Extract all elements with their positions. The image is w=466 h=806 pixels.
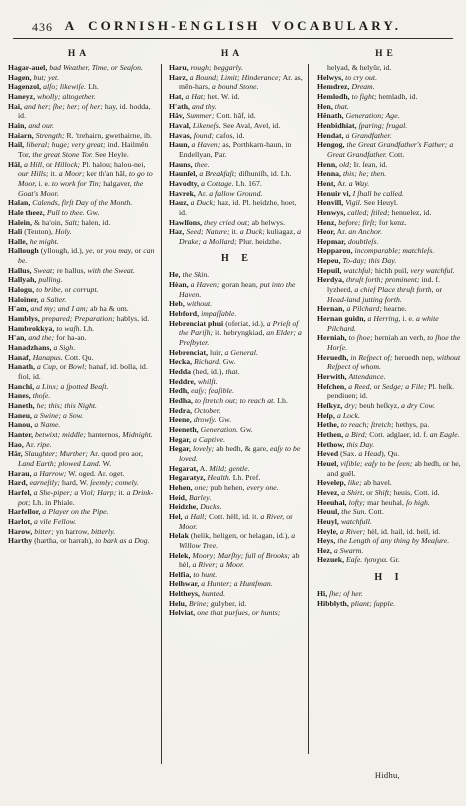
dictionary-entry: Hedra, October. — [169, 406, 305, 416]
gloss-italic: liberal; huge; very great; — [24, 140, 105, 149]
gloss-roman: luir, — [208, 348, 223, 357]
gloss-italic: a Herring, — [366, 314, 401, 323]
gloss-italic: a vile Fellow. — [32, 517, 76, 526]
gloss-italic: Ducks. — [198, 502, 221, 511]
headword: Hepparou, — [317, 246, 353, 255]
gloss-roman: gulyber, id. — [209, 599, 247, 608]
gloss-italic: a Grandfather. — [344, 131, 392, 140]
gloss-italic: Likeneſs. — [191, 121, 221, 130]
gloss-italic: and our. — [26, 121, 54, 130]
dictionary-entry: Hernan, a Pilchard; hearne. — [317, 304, 461, 314]
dictionary-entry: Hanter, betwixt; middle; hanternos, Midn… — [8, 430, 157, 440]
headword: Hendat, — [317, 131, 344, 140]
headword: Heſchen, — [317, 382, 346, 391]
headword: Hent, — [317, 179, 335, 188]
gloss-italic: and the; — [26, 333, 54, 342]
gloss-roman: Ar. — [196, 189, 207, 198]
gloss-roman: Gw. — [217, 415, 232, 424]
gloss-roman: diſhuniſh, id. Lh. — [237, 169, 292, 178]
headword: Hedra, — [169, 406, 192, 415]
headword: Haneyz, — [8, 92, 35, 101]
headword: Harfel, — [8, 488, 32, 497]
gloss-italic: ſo high. — [404, 498, 430, 507]
dictionary-entry: H'ath, and thy. — [169, 102, 305, 112]
headword: Henna, — [317, 169, 341, 178]
gloss-roman: R. 'trehairn, gwethairne, ib. — [65, 131, 152, 140]
dictionary-entry: Henvill, Vigil. See Heuyl. — [317, 198, 461, 208]
column-1: Hagar-auel, bad Weather, Time, or Seaſon… — [8, 63, 162, 775]
dictionary-entry: Heſchen, a Reed, or Sedge; a File; Pl. h… — [317, 382, 461, 401]
gloss-italic: old; — [337, 160, 352, 169]
column-rule-2 — [308, 64, 309, 754]
gloss-roman: W. — [101, 459, 111, 468]
dictionary-entry: Helu, Brine; gulyber, id. — [169, 599, 305, 609]
headword: Heid, — [169, 493, 187, 502]
headword: Hambrokkya, — [8, 324, 54, 333]
gloss-roman: halgaver, — [101, 179, 132, 188]
gloss-italic: a chief Place thruſt forth, — [352, 285, 433, 294]
gloss-italic: Head-land jutting forth. — [327, 295, 402, 304]
dictionary-entry: Hepeu, To-day; this Day. — [317, 256, 461, 266]
gloss-italic: incomparable; matchleſs. — [353, 246, 435, 255]
gloss-roman: (Sax. — [338, 449, 356, 458]
dictionary-entry: Heys, the Length of any thing by Meaſure… — [317, 536, 461, 546]
dictionary-entry: Hagen, but; yet. — [8, 73, 157, 83]
gloss-italic: every one. — [245, 483, 279, 492]
dictionary-entry: Hanath, a Cup, or Bowl; hanaf, id. bolla… — [8, 362, 157, 381]
gloss-italic: a Hat; — [184, 92, 206, 101]
gloss-italic: without. — [185, 299, 212, 308]
dictionary-entry: Hat, a Hat; het. W. id. — [169, 92, 305, 102]
dictionary-entry: Harthy (hartha, or harrah), to bark as a… — [8, 536, 157, 546]
gloss-roman: Gw. — [85, 208, 100, 217]
dictionary-entry: Hent, Ar. a Way. — [317, 179, 461, 189]
gloss-italic: Sedge; a File; — [380, 382, 426, 391]
gloss-italic: ſhe; of her. — [327, 589, 363, 598]
dictionary-entry: Hengog, the Great Grandfather's Father; … — [317, 140, 461, 159]
headword: Hagenzol, — [8, 82, 41, 91]
dictionary-entry: Haru, rough; beggarly. — [169, 63, 305, 73]
headword: Heved — [317, 449, 338, 458]
gloss-italic: bad Weather, Time, or Seaſon. — [47, 63, 143, 72]
gloss-italic: Hillock; — [53, 160, 81, 169]
gloss-italic: before; firſt; — [336, 218, 377, 227]
gloss-italic: one; — [193, 483, 209, 492]
headword: Hanchi, — [8, 382, 34, 391]
gloss-roman: cafos, id. — [214, 131, 244, 140]
gloss-italic: a Bird; — [343, 430, 367, 439]
dictionary-entry: Hallyah, pulling. — [8, 275, 157, 285]
headword: Hamblys, — [8, 314, 40, 323]
headword: Hel, — [169, 512, 183, 521]
gloss-italic: the Length of any thing by Meaſure. — [335, 536, 449, 545]
headword: Heuul, — [317, 507, 339, 516]
gloss-roman: hanternos, — [86, 430, 120, 439]
dictionary-entry: Helak (helik, heligen, or helagan, id.),… — [169, 531, 305, 550]
headword: H'ath, — [169, 102, 190, 111]
gloss-roman: helyad, & helyûr, id. — [327, 63, 391, 72]
dictionary-entry: Hemlodh, to fight; hemladh, id. — [317, 92, 461, 102]
headword: Helviat, — [169, 608, 195, 617]
headword: Hanath, — [8, 362, 35, 371]
headword: Helek, — [169, 551, 190, 560]
dictionary-entry: Henuir vi, I ſhall be called. — [317, 189, 461, 199]
dictionary-entry: Haloiner, a Salter. — [8, 295, 157, 305]
gloss-roman: hemladh, id. — [377, 92, 418, 101]
dictionary-entry: He, the Skin. — [169, 270, 305, 280]
gloss-italic: a Linx; a ſpotted Beaſt. — [34, 382, 108, 391]
gloss-roman: Cott. — [366, 507, 383, 516]
gloss-roman: ker th'an hâl, — [85, 169, 127, 178]
headword: Hagen, — [8, 73, 32, 82]
gloss-roman: Ar. — [335, 179, 346, 188]
gloss-roman: ab havel. — [362, 478, 392, 487]
dictionary-entry: Hecka, Richard. Gw. — [169, 357, 305, 367]
gloss-roman: ), Qu. — [381, 449, 399, 458]
dictionary-entry: Haiarn, Strength; R. 'trehairn, gwethair… — [8, 131, 157, 141]
gloss-roman: it. hebryngkiad, — [213, 328, 264, 337]
headword: Hallyah, — [8, 275, 36, 284]
catchword: Hidhu, — [375, 770, 400, 780]
gloss-roman: hichh puil, — [373, 266, 408, 275]
dictionary-entry: Helfia, to hunt. — [169, 570, 305, 580]
headword: Hanou, — [8, 420, 32, 429]
guide-words-row: HA HA HE — [0, 49, 466, 59]
gloss-italic: a Moor; — [57, 169, 85, 178]
gloss-italic: Attendance. — [347, 372, 386, 381]
gloss-roman: Lh. — [275, 396, 288, 405]
gloss-italic: a Cup, — [35, 362, 58, 371]
gloss-roman: Ar. — [335, 227, 346, 236]
guide-word-center: HA — [158, 49, 306, 59]
dictionary-entry: Halein, & ha'oin, Salt; halen, id. — [8, 218, 157, 228]
dictionary-entry: Heſkyz, dry; beuh heſkyz, a dry Cow. — [317, 401, 461, 411]
dictionary-entry: Hâr, Slaughter; Murther; Ar. quod pro ao… — [8, 449, 157, 468]
headword: Hanaf, — [8, 353, 31, 362]
headword: Hauns, — [169, 160, 193, 169]
gloss-roman: Plur. heidzhe. — [237, 237, 282, 246]
headword: Henuir vi, — [317, 189, 351, 198]
headword: Hegarat, — [169, 464, 198, 473]
headword: Hegar, — [169, 435, 191, 444]
gloss-italic: a Player on the Pipe. — [40, 507, 108, 516]
gloss-italic: a fallow Ground. — [207, 189, 262, 198]
gloss-italic: a Haven; — [189, 280, 220, 289]
gloss-italic: Pull to thee. — [45, 208, 85, 217]
gloss-roman: het. W. id. — [206, 92, 240, 101]
dictionary-entry: Hevez, a Shirt, or Shift; heuis, Cott. i… — [317, 488, 461, 498]
dictionary-entry: Hegarat, A. Mild; gentle. — [169, 464, 305, 474]
headword: Hat, — [169, 92, 184, 101]
dictionary-entry: Haun, a Haven; as, Porthkarn-haun, in En… — [169, 140, 305, 159]
gloss-italic: bitter; — [32, 527, 54, 536]
headword: Heuel, — [317, 459, 338, 468]
dictionary-entry: H'am, and my; and I am; ab ha & om. — [8, 304, 157, 314]
dictionary-entry: Haneu, a Swine; a Sow. — [8, 411, 157, 421]
gloss-italic: to waſh. — [54, 324, 81, 333]
dictionary-entry: Hard, earneſtly; hard, W. ſeemly; comely… — [8, 478, 157, 488]
gloss-roman: i. e. — [36, 179, 50, 188]
headword: Halle, — [8, 237, 28, 246]
dictionary-entry: Helhwar, a Hunter; a Huntſman. — [169, 579, 305, 589]
dictionary-entry: Hali (Teuton), Holy. — [8, 227, 157, 237]
gloss-roman: or — [95, 246, 103, 255]
dictionary-entry: Heuel, viſible; eaſy to be ſeen; ab hedh… — [317, 459, 461, 478]
headword: Haval, — [169, 121, 191, 130]
text-columns: Hagar-auel, bad Weather, Time, or Seaſon… — [0, 59, 466, 775]
headword: Heor, — [317, 227, 335, 236]
gloss-italic: in Reſpect of; — [348, 353, 392, 362]
gloss-roman: or — [133, 246, 141, 255]
gloss-italic: bitterly. — [89, 527, 115, 536]
gloss-roman: halen, id. — [80, 218, 111, 227]
dictionary-entry: Haz, Seed; Nature; it. a Duck; kuliagaz,… — [169, 227, 305, 246]
dictionary-entry: Heſp, a Lock. — [317, 411, 461, 421]
dictionary-entry: Hâv, Summer; Cott. hâf, id. — [169, 111, 305, 121]
dictionary-entry: Hen, that. — [317, 102, 461, 112]
gloss-italic: doubtleſs. — [346, 237, 379, 246]
gloss-roman: Cott. adglaer, id. f. — [367, 430, 428, 439]
gloss-italic: pliant; ſupple. — [349, 599, 395, 608]
headword: Hevez, — [317, 488, 339, 497]
gloss-italic: a Captive. — [191, 435, 225, 444]
gloss-roman: yn harrow, — [54, 527, 89, 536]
headword: H'am, — [8, 304, 29, 313]
gloss-italic: an Eagle. — [428, 430, 460, 439]
headword: Hernan guidn, — [317, 314, 366, 323]
gloss-roman: ab ha & om. — [88, 304, 129, 313]
dictionary-entry: Heidzhe, Ducks. — [169, 502, 305, 512]
gloss-roman: (Teuton), — [22, 227, 53, 236]
headword: Hèan, — [169, 280, 189, 289]
headword: Haun, — [169, 140, 190, 149]
headword: Hi, — [317, 589, 327, 598]
headword: Hegar, — [169, 444, 191, 453]
headword: Haunſel, — [169, 169, 197, 178]
gloss-italic: a Hunter; a Huntſman. — [199, 579, 273, 588]
gloss-roman: hard, W. — [60, 478, 88, 487]
dictionary-entry: Heyle, a River; hèl, id. hail, id. heil,… — [317, 527, 461, 537]
dictionary-entry: Hain, and our. — [8, 121, 157, 131]
headword: Hâv, — [169, 111, 184, 120]
gloss-roman: Lh. 167. — [234, 179, 262, 188]
headword: Hallough — [8, 246, 39, 255]
title-rule — [13, 38, 453, 39]
gloss-italic: ſeemly; comely. — [88, 478, 139, 487]
dictionary-entry: Hepparou, incomparable; matchleſs. — [317, 246, 461, 256]
gloss-roman: See Aval, Avel, id. — [221, 121, 280, 130]
gloss-italic: whilſt. — [196, 377, 218, 386]
headword: Hâl, — [8, 160, 22, 169]
headword: Hagar-auel, — [8, 63, 47, 72]
gloss-roman: for kenz. — [377, 218, 407, 227]
gloss-italic: lovely; — [191, 444, 214, 453]
headword: Hebford, — [169, 309, 199, 318]
gloss-italic: to ſhoe; — [347, 333, 373, 342]
gloss-italic: a Lock. — [335, 411, 360, 420]
headword: Hepuil, — [317, 266, 342, 275]
page-number: 436 — [32, 20, 53, 35]
gloss-italic: hunted. — [200, 589, 225, 598]
headword: Helhwar, — [169, 579, 199, 588]
gloss-italic: Salt; — [63, 218, 80, 227]
gloss-roman: Gw. — [221, 357, 236, 366]
headword: Hengog, — [317, 140, 344, 149]
headword: Hebrenciat, — [169, 348, 208, 357]
gloss-italic: the great Stone Tor. — [30, 150, 93, 159]
dictionary-entry: Helviat, one that purſues, or hunts; — [169, 608, 305, 618]
gloss-roman: pub hehen, — [208, 483, 244, 492]
gloss-italic: a Head — [356, 449, 381, 458]
gloss-italic: Seed; Nature; — [184, 227, 229, 236]
gloss-italic: pulling. — [36, 275, 62, 284]
gloss-roman: hablys, id. — [115, 314, 149, 323]
headword: Hard, — [8, 478, 28, 487]
gloss-italic: Bowl; — [66, 362, 87, 371]
gloss-italic: one that purſues, or hunts; — [195, 608, 280, 617]
headword: Henwys, — [317, 208, 345, 217]
headword: Hail, — [8, 140, 24, 149]
dictionary-entry: Hauz, a Duck; haz, id. Pl. heidzhe, hoet… — [169, 198, 305, 217]
gloss-italic: October. — [192, 406, 221, 415]
headword: Heyle, — [317, 527, 338, 536]
gloss-italic: this Day. — [344, 440, 374, 449]
gloss-italic: alſo; likewiſe. — [41, 82, 86, 91]
guide-word-left: HA — [0, 49, 158, 59]
gloss-italic: thee. — [193, 160, 210, 169]
page-title: A CORNISH-ENGLISH VOCABULARY. — [0, 18, 466, 34]
dictionary-entry: Hegar, lovely; ab hedh, & gare, eaſy to … — [169, 444, 305, 463]
dictionary-entry: Hezuek, Eaſe. ἡσυχια. Gr. — [317, 555, 461, 565]
headword: Havrek, — [169, 189, 196, 198]
gloss-italic: a Duck; — [189, 198, 216, 207]
headword: Helak — [169, 531, 189, 540]
gloss-italic: our Hills; — [18, 169, 49, 178]
gloss-roman: or — [44, 160, 52, 169]
gloss-italic: a Bound; Limit; Hinderance; — [188, 73, 281, 82]
dictionary-entry: Henn, old; Ir. ſean, id. — [317, 160, 461, 170]
gloss-italic: an Anchor. — [346, 227, 382, 236]
gloss-italic: that. — [223, 367, 239, 376]
section-heading: H I — [317, 572, 461, 583]
dictionary-entry: Hallough (yllough, id.), ye, or you may,… — [8, 246, 157, 265]
dictionary-entry: Haunſel, a Breakfaſt; diſhuniſh, id. Lh. — [169, 169, 305, 179]
gloss-roman: Ar. — [24, 440, 35, 449]
headword: Hehen, — [169, 483, 193, 492]
dictionary-entry: Hebford, impaſſable. — [169, 309, 305, 319]
dictionary-entry: Hanchi, a Linx; a ſpotted Beaſt. — [8, 382, 157, 392]
gloss-italic: and thy. — [190, 102, 217, 111]
gloss-italic: found; — [192, 131, 214, 140]
headword: Heddre, — [169, 377, 196, 386]
gloss-italic: with the Sweat. — [86, 266, 136, 275]
gloss-italic: a dry Cow. — [399, 401, 435, 410]
dictionary-entry: Hao, Ar. ripe. — [8, 440, 157, 450]
dictionary-entry: Haval, Likeneſs. See Aval, Avel, id. — [169, 121, 305, 131]
column-rule-1 — [161, 64, 162, 764]
gloss-roman: Gw. — [238, 425, 253, 434]
gloss-italic: Barley. — [187, 493, 211, 502]
headword: Hanadzhans, — [8, 343, 52, 352]
gloss-italic: a Duck; — [238, 227, 265, 236]
gloss-roman: Ir. ſean, id. — [352, 160, 388, 169]
headword: Hauz, — [169, 198, 189, 207]
gloss-roman: beuh heſkyz, — [357, 401, 399, 410]
headword: Heſp, — [317, 411, 335, 420]
gloss-roman: or — [63, 285, 71, 294]
dictionary-entry: Hehen, one; pub hehen, every one. — [169, 483, 305, 493]
headword: Hen, — [317, 102, 333, 111]
headword: Haloiner, — [8, 295, 39, 304]
gloss-italic: a Way. — [347, 179, 370, 188]
headword: Herwith, — [317, 372, 347, 381]
gloss-italic: Richard. — [192, 357, 221, 366]
gloss-italic: Moor. — [179, 522, 197, 531]
dictionary-entry: Herdya, thruſt forth; prominent; ind. f.… — [317, 275, 461, 304]
gloss-roman: heruedh nep, — [392, 353, 434, 362]
headword: Heb, — [169, 299, 185, 308]
headword: He, — [169, 270, 180, 279]
gloss-roman: goran hean, — [219, 280, 257, 289]
gloss-italic: a River; a Moor. — [191, 560, 245, 569]
gloss-italic: a Pilchard; — [344, 304, 381, 313]
gloss-roman: hethys, pa. — [394, 420, 430, 429]
headword: Haneth, — [8, 401, 35, 410]
dictionary-entry: Hanes, thoſe. — [8, 391, 157, 401]
gloss-italic: eaſy; feaſible. — [189, 386, 234, 395]
headword: Haiarn, — [8, 131, 34, 140]
dictionary-entry: Hanou, a Name. — [8, 420, 157, 430]
gloss-roman: ab helwys. — [250, 218, 285, 227]
gloss-roman: ἡσυχια. Gr. — [362, 555, 399, 564]
gloss-italic: Brine; — [187, 599, 209, 608]
headword: Hepmar, — [317, 237, 346, 246]
headword: Hevelep, — [317, 478, 346, 487]
dictionary-entry: Hethe, to reach; ſtretch; hethys, pa. — [317, 420, 461, 430]
gloss-italic: impaſſable. — [199, 309, 236, 318]
gloss-roman: See Heuyl. — [362, 198, 398, 207]
gloss-roman: (helik, heligen, or helagan, id.), — [189, 531, 289, 540]
gloss-italic: Vigil. — [343, 198, 362, 207]
book-page: 436 A CORNISH-ENGLISH VOCABULARY. HA HA … — [0, 0, 466, 806]
dictionary-entry: Halan, Calends, firſt Day of the Month. — [8, 198, 157, 208]
gloss-italic: like; — [346, 478, 362, 487]
gloss-italic: Midnight. — [120, 430, 153, 439]
dictionary-entry: Haneth, he; this; this Night. — [8, 401, 157, 411]
gloss-roman: Lh. — [86, 82, 99, 91]
gloss-italic: the Sun. — [339, 507, 366, 516]
gloss-italic: a Name. — [32, 420, 60, 429]
headword: Henz, — [317, 218, 336, 227]
dictionary-entry: Hevelep, like; ab havel. — [317, 478, 461, 488]
gloss-italic: Sweat; — [32, 266, 55, 275]
gloss-roman: (yllough, id.), — [39, 246, 84, 255]
gloss-italic: rough; beggarly. — [189, 63, 243, 72]
dictionary-entry: Heeneth, Generation. Gw. — [169, 425, 305, 435]
gloss-roman: Cott. hâf, id. — [214, 111, 255, 120]
gloss-roman: Cott. Qu. — [63, 353, 94, 362]
gloss-italic: To-day; this Day. — [341, 256, 397, 265]
dictionary-entry: Henna, this; he; then. — [317, 169, 461, 179]
guide-word-right: HE — [306, 49, 466, 59]
headword: Hai, — [8, 102, 22, 111]
dictionary-entry: Harlot, a vile Fellow. — [8, 517, 157, 527]
headword: Harfellor, — [8, 507, 40, 516]
dictionary-entry: Hênath, Generation; Age. — [317, 111, 461, 121]
gloss-roman: herniah an verh, — [373, 333, 426, 342]
gloss-italic: Land Earth; plowed Land. — [18, 459, 101, 468]
dictionary-entry: Heid, Barley. — [169, 493, 305, 503]
